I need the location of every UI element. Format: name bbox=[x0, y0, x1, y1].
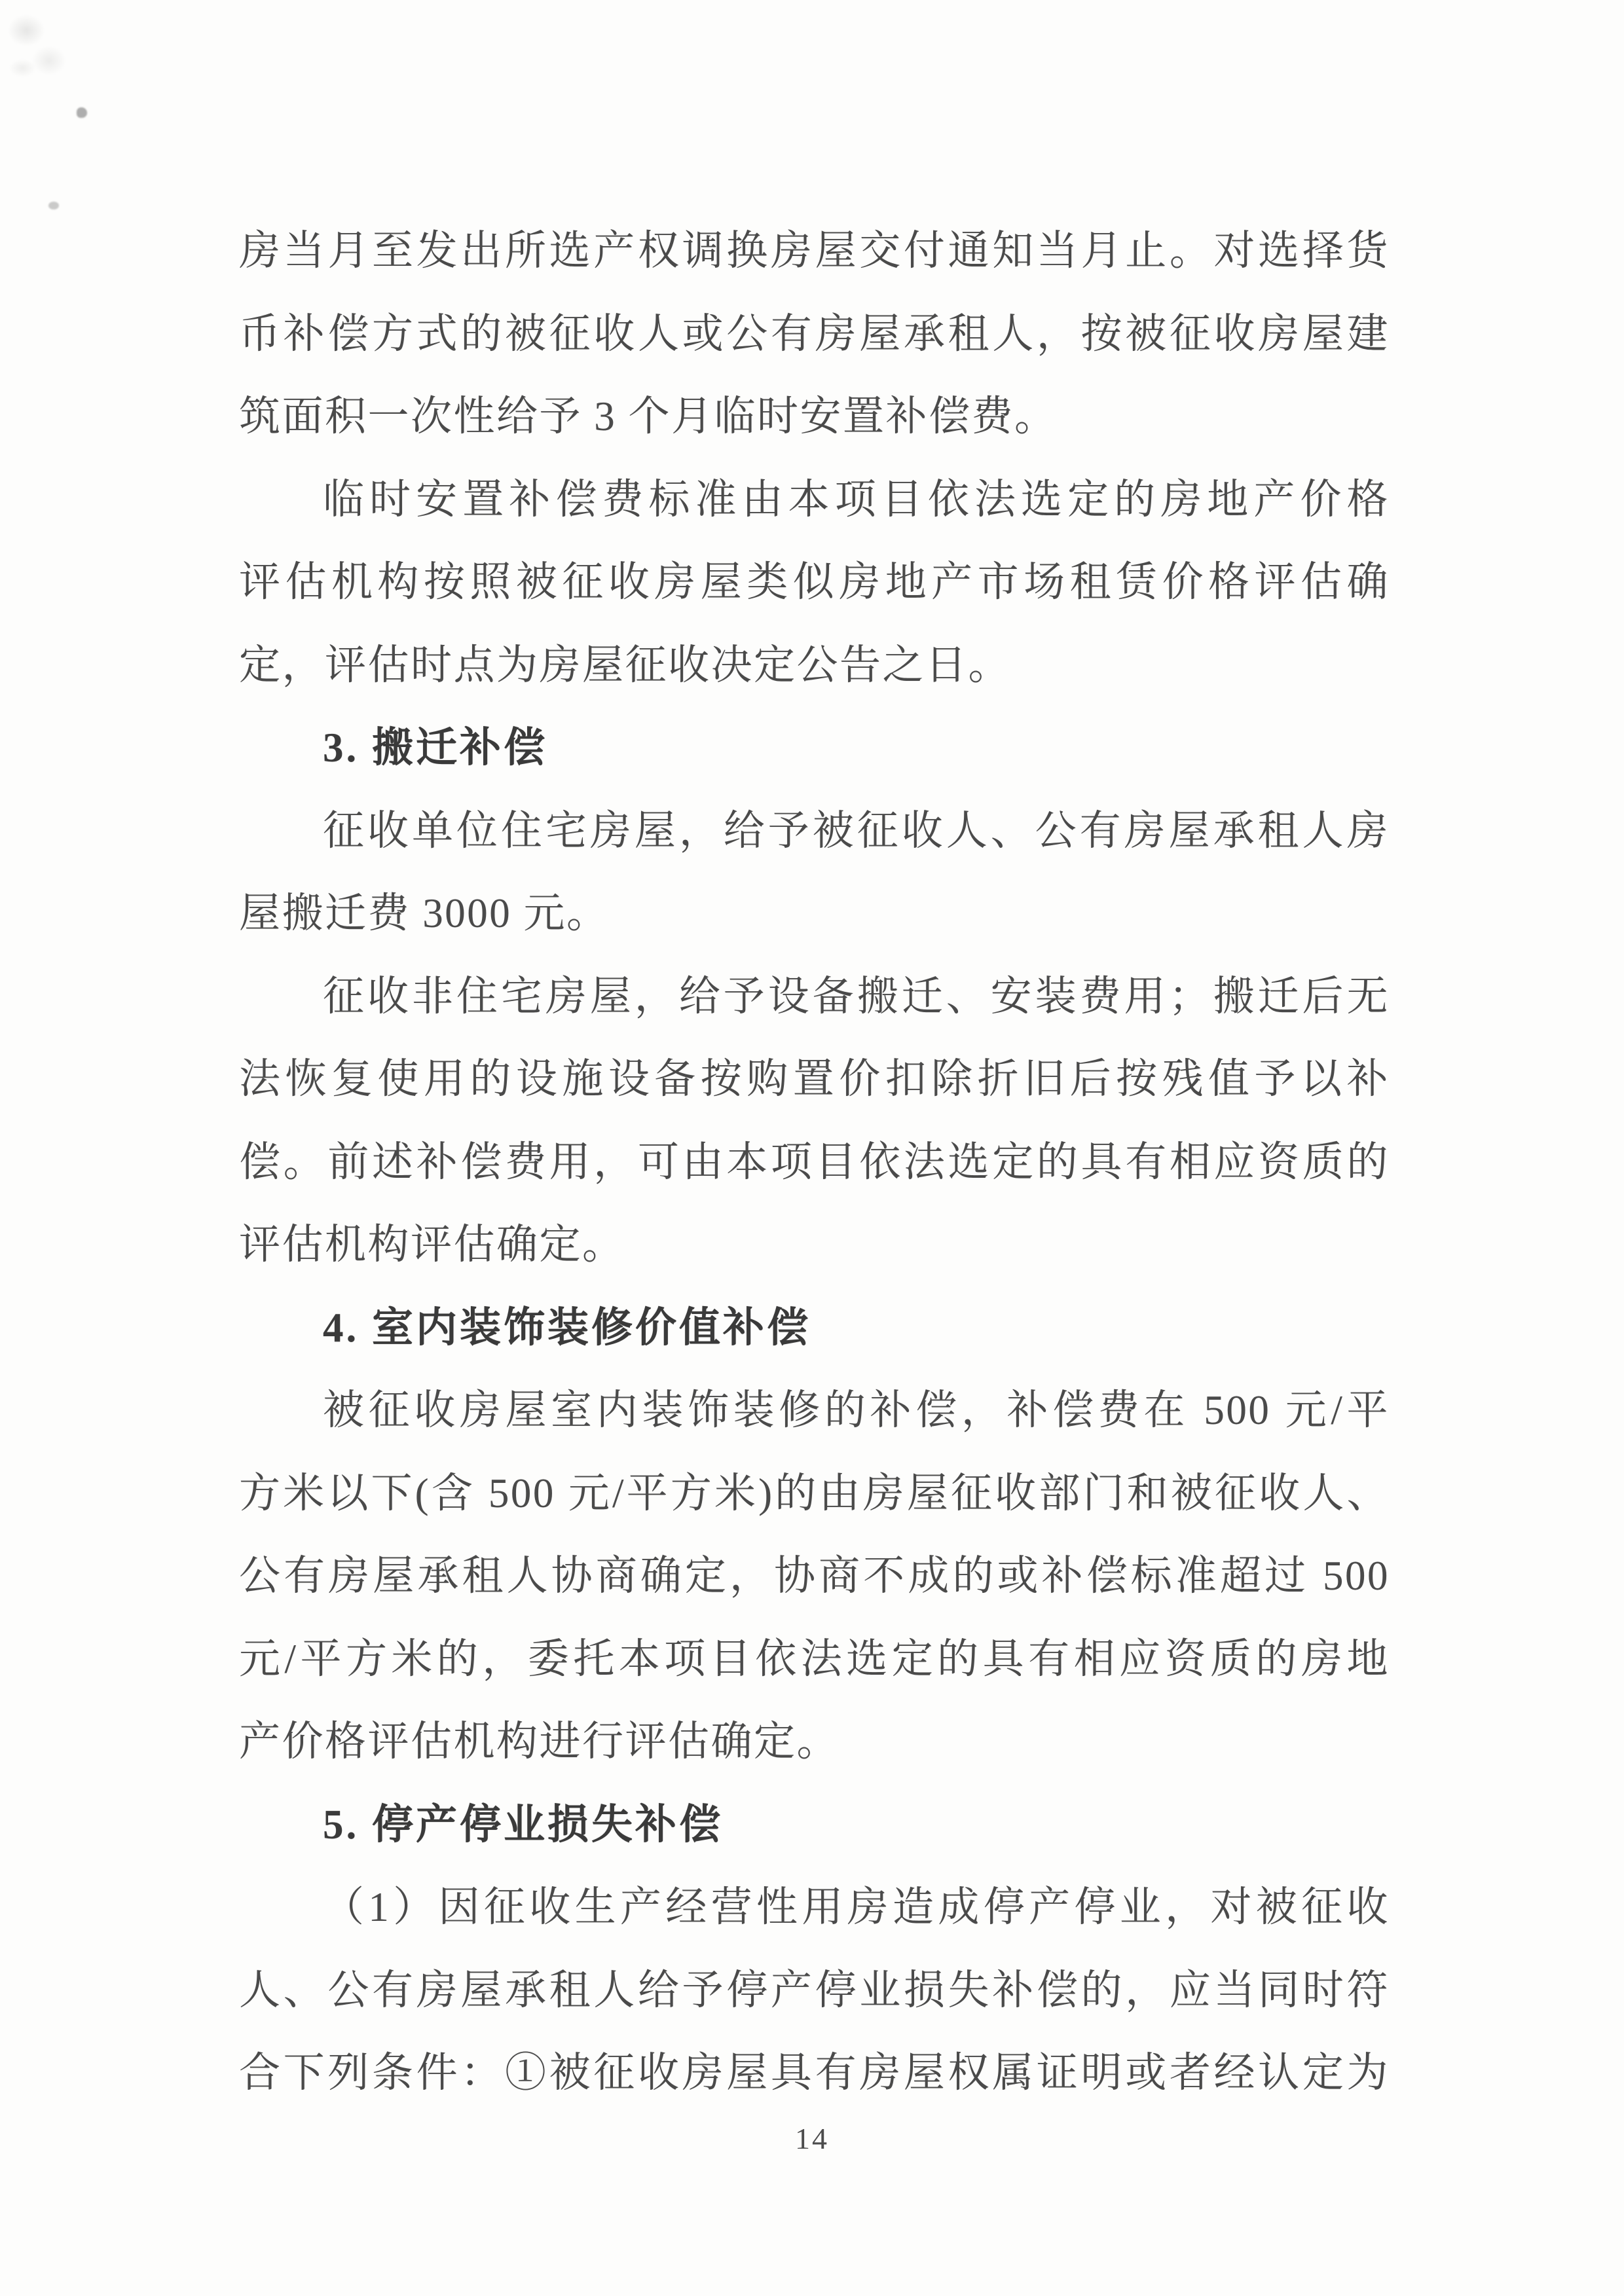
text-line: 临时安置补偿费标准由本项目依法选定的房地产价格 bbox=[239, 458, 1390, 541]
text-line: 定，评估时点为房屋征收决定公告之日。 bbox=[239, 624, 1390, 707]
text-line: 元/平方米的，委托本项目依法选定的具有相应资质的房地 bbox=[239, 1618, 1390, 1701]
text-line: 偿。前述补偿费用，可由本项目依法选定的具有相应资质的 bbox=[239, 1121, 1390, 1204]
section-heading: 3. 搬迁补偿 bbox=[239, 706, 1390, 790]
section-heading: 5. 停产停业损失补偿 bbox=[239, 1783, 1390, 1867]
text-line: 方米以下(含 500 元/平方米)的由房屋征收部门和被征收人、 bbox=[239, 1452, 1390, 1535]
text-line: 法恢复使用的设施设备按购置价扣除折旧后按残值予以补 bbox=[239, 1038, 1390, 1121]
scan-artifact-dot bbox=[77, 107, 87, 118]
text-line: 屋搬迁费 3000 元。 bbox=[239, 872, 1390, 955]
page-number: 14 bbox=[0, 2121, 1624, 2156]
text-line: 评估机构按照被征收房屋类似房地产市场租赁价格评估确 bbox=[239, 541, 1390, 624]
text-line: 评估机构评估确定。 bbox=[239, 1203, 1390, 1286]
text-line: 被征收房屋室内装饰装修的补偿，补偿费在 500 元/平 bbox=[239, 1369, 1390, 1452]
text-line: 产价格评估机构进行评估确定。 bbox=[239, 1700, 1390, 1783]
text-line: 合下列条件：①被征收房屋具有房屋权属证明或者经认定为 bbox=[239, 2032, 1390, 2115]
section-heading: 4. 室内装饰装修价值补偿 bbox=[239, 1286, 1390, 1370]
text-line: 人、公有房屋承租人给予停产停业损失补偿的，应当同时符 bbox=[239, 1949, 1390, 2032]
text-line: 征收非住宅房屋，给予设备搬迁、安装费用；搬迁后无 bbox=[239, 955, 1390, 1038]
text-line: 房当月至发出所选产权调换房屋交付通知当月止。对选择货 bbox=[239, 210, 1390, 293]
text-line: 币补偿方式的被征收人或公有房屋承租人，按被征收房屋建 bbox=[239, 293, 1390, 376]
scan-artifact-smudge bbox=[0, 8, 75, 83]
text-line: 筑面积一次性给予 3 个月临时安置补偿费。 bbox=[239, 375, 1390, 458]
text-line: 公有房屋承租人协商确定，协商不成的或补偿标准超过 500 bbox=[239, 1535, 1390, 1618]
scan-artifact-dot bbox=[48, 202, 59, 210]
document-page: 房当月至发出所选产权调换房屋交付通知当月止。对选择货币补偿方式的被征收人或公有房… bbox=[0, 0, 1624, 2296]
document-body: 房当月至发出所选产权调换房屋交付通知当月止。对选择货币补偿方式的被征收人或公有房… bbox=[239, 210, 1390, 2115]
text-line: 征收单位住宅房屋，给予被征收人、公有房屋承租人房 bbox=[239, 790, 1390, 873]
text-line: （1）因征收生产经营性用房造成停产停业，对被征收 bbox=[239, 1866, 1390, 1949]
